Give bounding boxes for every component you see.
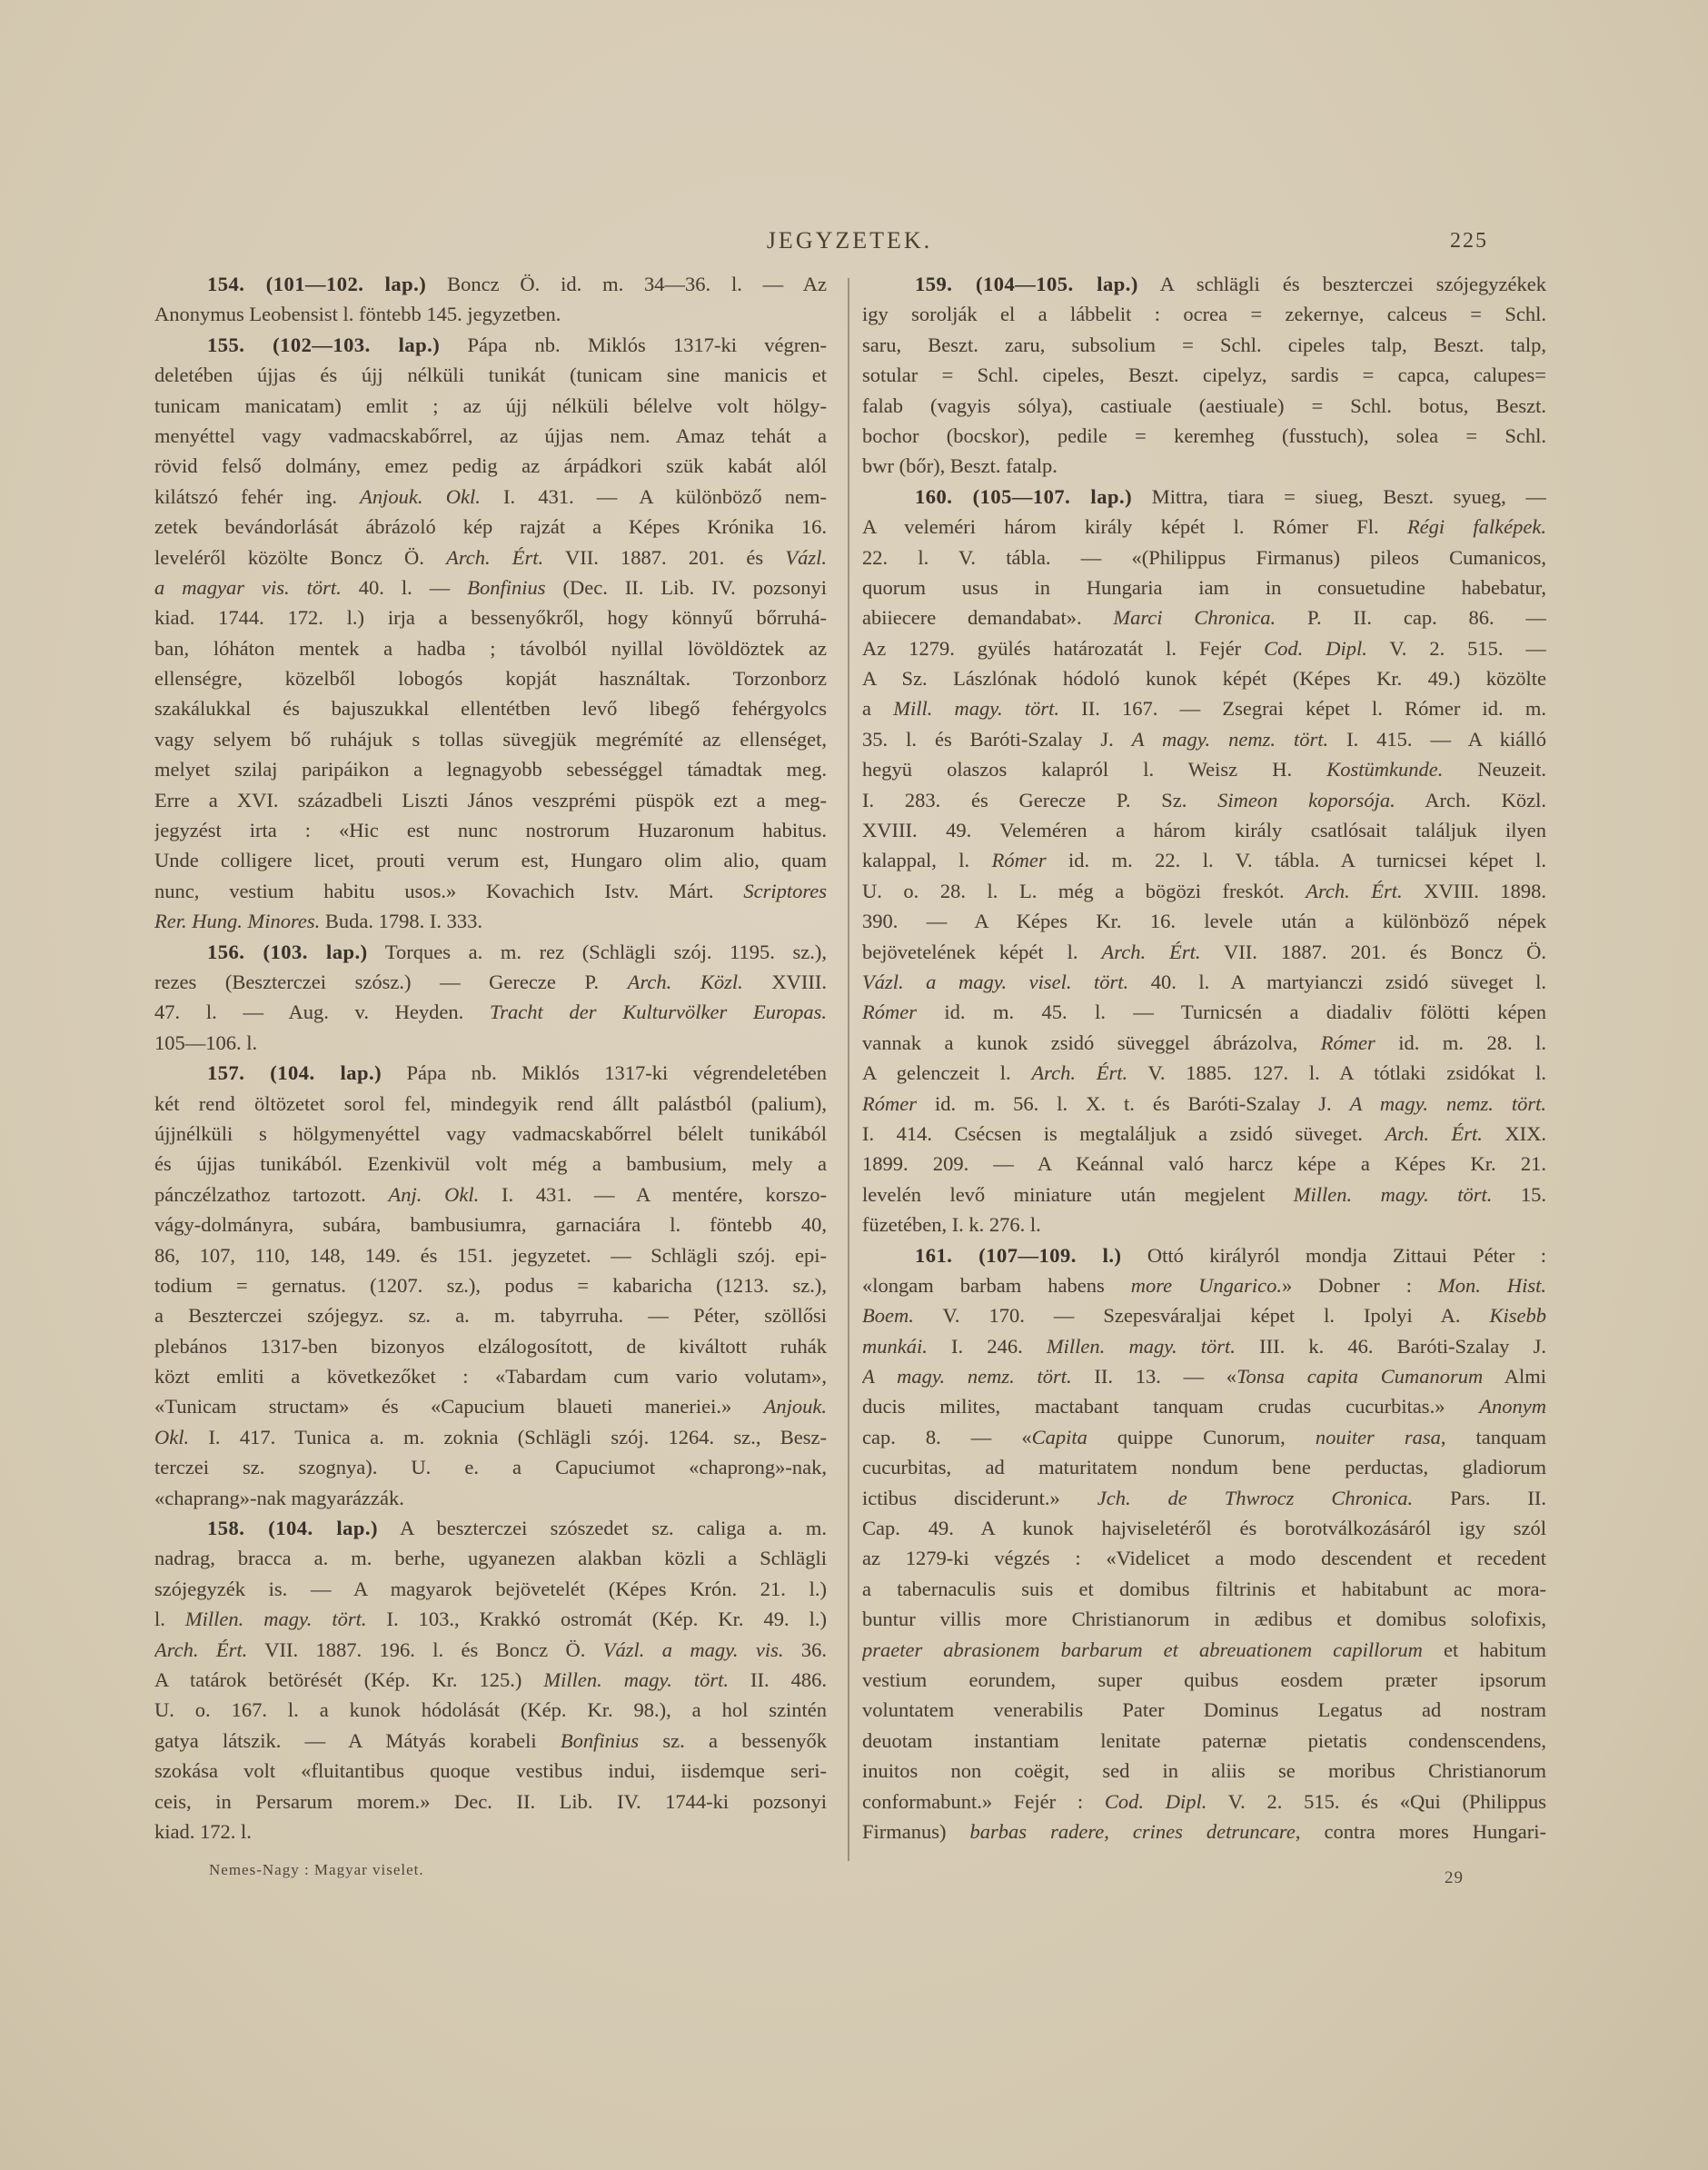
text-line: nadrag, bracca a. m. berhe, ugyanezen al… [154, 1543, 827, 1573]
notes-column-left: 154. (101—102. lap.) Boncz Ö. id. m. 34—… [154, 269, 827, 1846]
text-line: I. 414. Csécsen is megtaláljuk a zsidó s… [862, 1119, 1546, 1149]
text-line: a Beszterczei szójegyz. sz. a. m. tabyrr… [154, 1300, 827, 1330]
text-line: rezes (Beszterczei szósz.) — Gerecze P. … [154, 967, 827, 997]
text-line: XVIII. 49. Veleméren a három király csat… [862, 815, 1546, 845]
text-line: 156. (103. lap.) Torques a. m. rez (Schl… [154, 937, 827, 967]
text-line: 161. (107—109. l.) Ottó királyról mondja… [862, 1240, 1546, 1270]
text-line: A tatárok betörését (Kép. Kr. 125.) Mill… [154, 1665, 827, 1695]
text-line: A gelenczeit l. Arch. Ért. V. 1885. 127.… [862, 1058, 1546, 1088]
running-head: JEGYZETEK. 225 [154, 227, 1544, 258]
text-line: jegyzést irta : «Hic est nunc nostrorum … [154, 815, 827, 845]
text-line: rövid felső dolmány, emez pedig az árpád… [154, 451, 827, 481]
text-line: 105—106. l. [154, 1028, 827, 1058]
text-line: «longam barbam habens more Ungarico.» Do… [862, 1270, 1546, 1300]
text-line: quorum usus in Hungaria iam in consuetud… [862, 572, 1546, 602]
text-line: kilátszó fehér ing. Anjouk. Okl. I. 431.… [154, 482, 827, 512]
text-line: voluntatem venerabilis Pater Dominus Leg… [862, 1695, 1546, 1725]
text-line: 47. l. — Aug. v. Heyden. Tracht der Kult… [154, 997, 827, 1027]
text-line: 160. (105—107. lap.) Mittra, tiara = siu… [862, 482, 1546, 512]
text-line: 157. (104. lap.) Pápa nb. Miklós 1317-ki… [154, 1058, 827, 1088]
text-line: buntur villis more Christianorum in ædib… [862, 1604, 1546, 1634]
text-line: Rer. Hung. Minores. Buda. 1798. I. 333. [154, 906, 827, 936]
book-page: JEGYZETEK. 225 154. (101—102. lap.) Bonc… [0, 0, 1708, 2170]
text-line: Rómer id. m. 56. l. X. t. és Baróti-Szal… [862, 1089, 1546, 1119]
text-line: 158. (104. lap.) A beszterczei szószedet… [154, 1513, 827, 1543]
text-line: füzetében, I. k. 276. l. [862, 1209, 1546, 1239]
text-line: az 1279-ki végzés : «Videlicet a modo de… [862, 1543, 1546, 1573]
text-line: pánczélzathoz tartozott. Anj. Okl. I. 43… [154, 1180, 827, 1209]
text-line: zetek bevándorlását ábrázoló kép rajzát … [154, 512, 827, 542]
text-line: 159. (104—105. lap.) A schlägli és beszt… [862, 269, 1546, 299]
text-line: szójegyzék is. — A magyarok bejövetelét … [154, 1574, 827, 1604]
text-line: szakálukkal és bajuszukkal ellentétben l… [154, 693, 827, 723]
text-line: ban, lóháton mentek a hadba ; távolból n… [154, 633, 827, 663]
page-title: JEGYZETEK. [154, 227, 1544, 254]
text-line: ducis milites, mactabant tanquam crudas … [862, 1391, 1546, 1421]
text-line: tunicam manicatam) emlit ; az újj nélkül… [154, 391, 827, 421]
text-line: a tabernaculis suis et domibus filtrinis… [862, 1574, 1546, 1604]
text-line: A Sz. Lászlónak hódoló kunok képét (Képe… [862, 663, 1546, 693]
text-line: leveléről közölte Boncz Ö. Arch. Ért. VI… [154, 542, 827, 572]
column-divider [848, 278, 849, 1861]
text-line: bejövetelének képét l. Arch. Ért. VII. 1… [862, 937, 1546, 967]
text-line: szokása volt «fluitantibus quoque vestib… [154, 1756, 827, 1786]
text-line: gatya látszik. — A Mátyás korabeli Bonfi… [154, 1726, 827, 1756]
text-line: igy sorolják el a lábbelit : ocrea = zek… [862, 299, 1546, 329]
text-line: Rómer id. m. 45. l. — Turnicsén a diadal… [862, 997, 1546, 1027]
text-line: «chaprang»-nak magyarázzák. [154, 1483, 827, 1513]
page-number: 225 [1450, 229, 1488, 254]
text-line: 1899. 209. — A Keánnal való harcz képe a… [862, 1149, 1546, 1179]
text-line: a magyar vis. tört. 40. l. — Bonfinius (… [154, 572, 827, 602]
text-line: U. o. 28. l. L. még a bögözi freskót. Ar… [862, 876, 1546, 906]
notes-column-right: 159. (104—105. lap.) A schlägli és beszt… [862, 269, 1546, 1846]
text-line: 86, 107, 110, 148, 149. és 151. jegyzete… [154, 1240, 827, 1270]
text-line: Az 1279. gyülés határozatát l. Fejér Cod… [862, 633, 1546, 663]
text-line: A veleméri három király képét l. Rómer F… [862, 512, 1546, 542]
text-line: I. 283. és Gerecze P. Sz. Simeon koporsó… [862, 785, 1546, 815]
text-line: vagy selyem bő ruhájuk s tollas süvegjük… [154, 724, 827, 754]
footer-signature: Nemes-Nagy : Magyar viselet. [209, 1861, 424, 1879]
text-line: «Tunicam structam» és «Capucium blaueti … [154, 1391, 827, 1421]
text-line: plebános 1317-ben bizonyos elzálogosítot… [154, 1331, 827, 1361]
text-line: Cap. 49. A kunok hajviseletéről és borot… [862, 1513, 1546, 1543]
text-line: újjnélküli s hölgymenyéttel vagy vadmacs… [154, 1119, 827, 1149]
text-line: Vázl. a magy. visel. tört. 40. l. A mart… [862, 967, 1546, 997]
text-line: munkái. I. 246. Millen. magy. tört. III.… [862, 1331, 1546, 1361]
text-line: kiad. 1744. 172. l.) irja a bessenyőkről… [154, 602, 827, 632]
text-line: ellenségre, közelből lobogós kopját hasz… [154, 663, 827, 693]
text-line: Arch. Ért. VII. 1887. 196. l. és Boncz Ö… [154, 1635, 827, 1665]
text-line: melyet szilaj paripáikon a legnagyobb se… [154, 754, 827, 784]
text-line: Anonymus Leobensist l. föntebb 145. jegy… [154, 299, 827, 329]
text-line: ceis, in Persarum morem.» Dec. II. Lib. … [154, 1787, 827, 1817]
text-line: nunc, vestium habitu usos.» Kovachich Is… [154, 876, 827, 906]
text-line: 154. (101—102. lap.) Boncz Ö. id. m. 34—… [154, 269, 827, 299]
text-line: ictibus disciderunt.» Jch. de Thwrocz Ch… [862, 1483, 1546, 1513]
text-line: kiad. 172. l. [154, 1817, 827, 1846]
text-line: Okl. I. 417. Tunica a. m. zoknia (Schläg… [154, 1422, 827, 1452]
text-line: 390. — A Képes Kr. 16. levele után a kül… [862, 906, 1546, 936]
text-line: 22. l. V. tábla. — «(Philippus Firmanus)… [862, 542, 1546, 572]
text-line: todium = gernatus. (1207. sz.), podus = … [154, 1270, 827, 1300]
text-line: levelén levő miniature után megjelent Mi… [862, 1180, 1546, 1209]
text-line: a Mill. magy. tört. II. 167. — Zsegrai k… [862, 693, 1546, 723]
text-line: conformabunt.» Fejér : Cod. Dipl. V. 2. … [862, 1787, 1546, 1817]
text-line: U. o. 167. l. a kunok hódolását (Kép. Kr… [154, 1695, 827, 1725]
text-line: falab (vagyis sólya), castiuale (aestiua… [862, 391, 1546, 421]
text-line: praeter abrasionem barbarum et abreuatio… [862, 1635, 1546, 1665]
text-line: menyéttel vagy vadmacskabőrrel, az újjas… [154, 421, 827, 451]
text-line: deletében újjas és újj nélküli tunikát (… [154, 360, 827, 390]
text-line: 35. l. és Baróti-Szalay J. A magy. nemz.… [862, 724, 1546, 754]
text-line: sotular = Schl. cipeles, Beszt. cipelyz,… [862, 360, 1546, 390]
text-line: vágy-dolmányra, subára, bambusiumra, gar… [154, 1209, 827, 1239]
text-line: vannak a kunok zsidó süveggel ábrázolva,… [862, 1028, 1546, 1058]
text-line: inuitos non coëgit, sed in aliis se mori… [862, 1756, 1546, 1786]
text-line: abiiecere demandabat». Marci Chronica. P… [862, 602, 1546, 632]
text-line: cap. 8. — «Capita quippe Cunorum, nouite… [862, 1422, 1546, 1452]
text-line: kalappal, l. Rómer id. m. 22. l. V. tábl… [862, 845, 1546, 875]
text-line: l. Millen. magy. tört. I. 103., Krakkó o… [154, 1604, 827, 1634]
text-line: Erre a XVI. századbeli Liszti János vesz… [154, 785, 827, 815]
sheet-number: 29 [1445, 1868, 1464, 1888]
text-line: deuotam instantiam lenitate paternæ piet… [862, 1726, 1546, 1756]
text-line: Unde colligere licet, prouti verum est, … [154, 845, 827, 875]
text-line: vestium eorundem, super quibus eosdem pr… [862, 1665, 1546, 1695]
text-line: két rend öltözetet sorol fel, mindegyik … [154, 1089, 827, 1119]
text-line: 155. (102—103. lap.) Pápa nb. Miklós 131… [154, 330, 827, 360]
text-line: saru, Beszt. zaru, subsolium = Schl. cip… [862, 330, 1546, 360]
text-line: bwr (bőr), Beszt. fatalp. [862, 451, 1546, 481]
text-line: hegyü olaszos kalapról l. Weisz H. Kostü… [862, 754, 1546, 784]
text-line: bochor (bocskor), pedile = keremheg (fus… [862, 421, 1546, 451]
text-line: cucurbitas, ad maturitatem nondum bene p… [862, 1452, 1546, 1482]
text-line: Boem. V. 170. — Szepesváraljai képet l. … [862, 1300, 1546, 1330]
text-line: és újjas tunikából. Ezenkivül volt még a… [154, 1149, 827, 1179]
text-line: terczei sz. szognya). U. e. a Capuciumot… [154, 1452, 827, 1482]
text-line: A magy. nemz. tört. II. 13. — «Tonsa cap… [862, 1361, 1546, 1391]
text-line: közt emliti a következőket : «Tabardam c… [154, 1361, 827, 1391]
text-line: Firmanus) barbas radere, crines detrunca… [862, 1817, 1546, 1846]
